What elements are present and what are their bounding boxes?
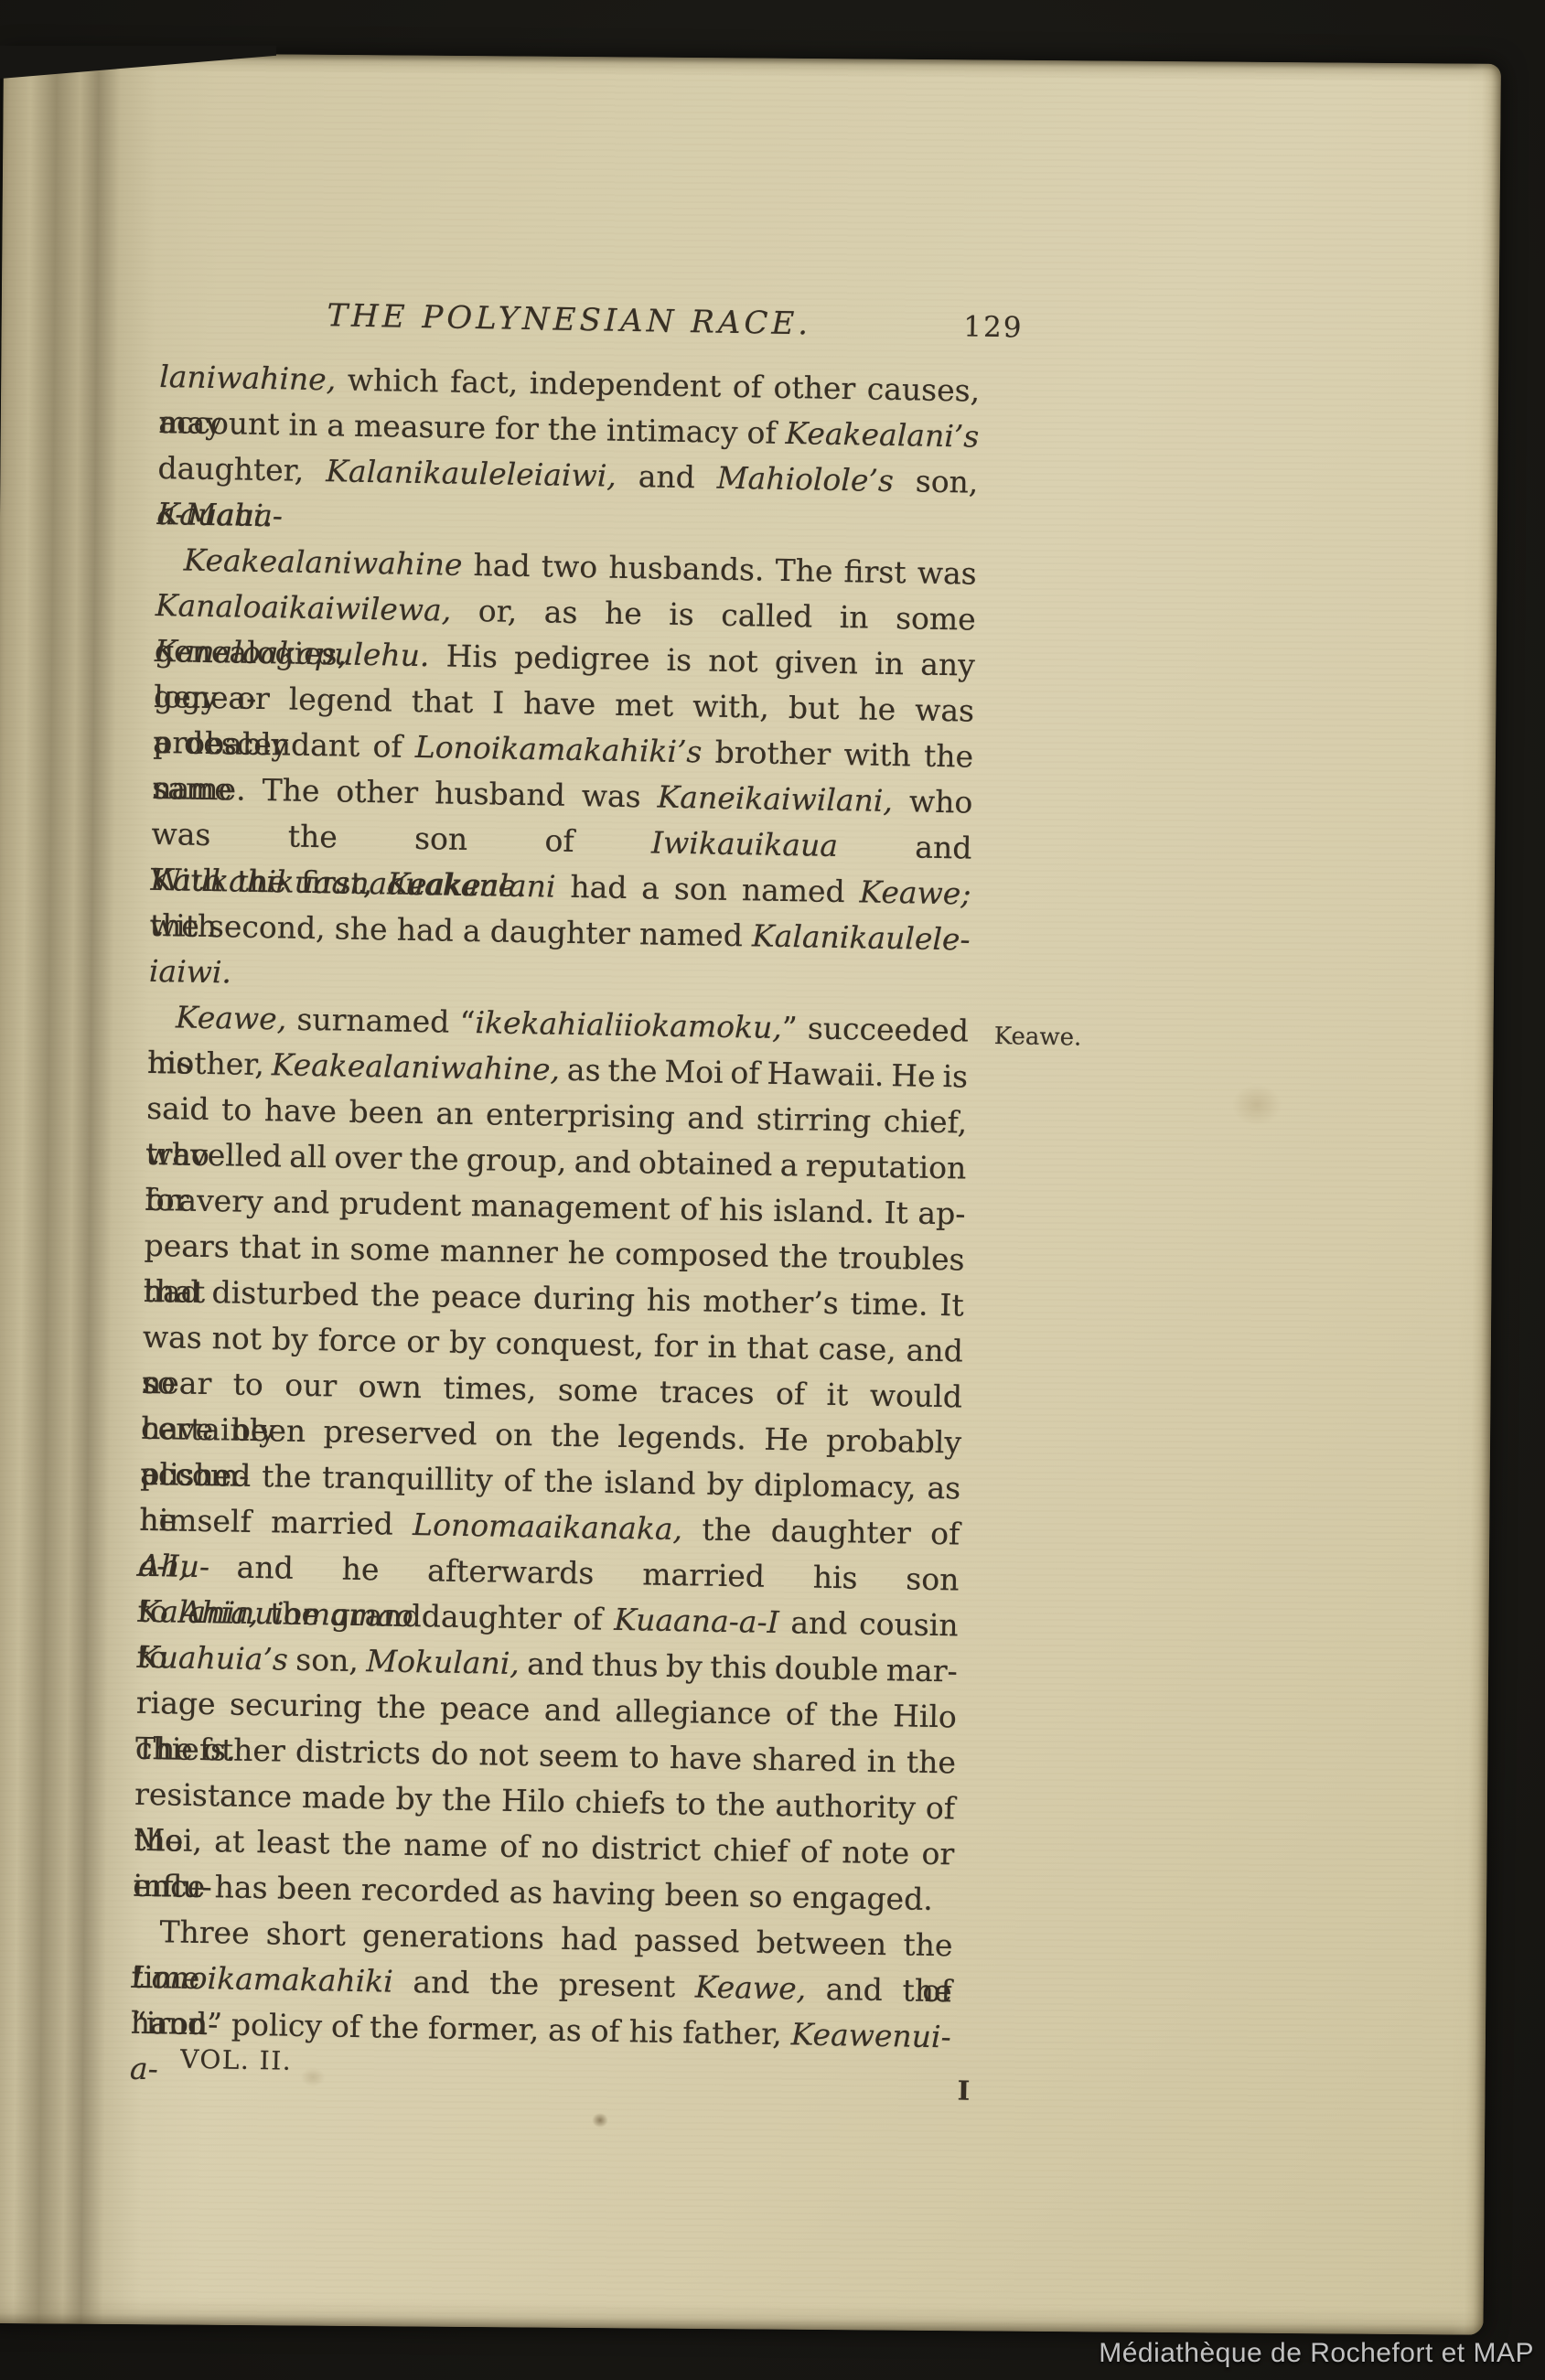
signature-mark: I [957,2074,970,2106]
page-number: 129 [963,310,1024,344]
body-text: laniwahine, which fact, independent of o… [130,354,980,2060]
margin-note: Keawe. [994,1023,1082,1052]
footer-volume-label: VOL. II. [180,2044,293,2076]
page-title: THE POLYNESIAN RACE. [327,297,811,342]
running-head: THE POLYNESIAN RACE. 129 [160,295,982,351]
library-watermark: Médiathèque de Rochefort et MAP [1099,2338,1534,2369]
printed-page-content: THE POLYNESIAN RACE. 129 laniwahine, whi… [129,285,982,2156]
